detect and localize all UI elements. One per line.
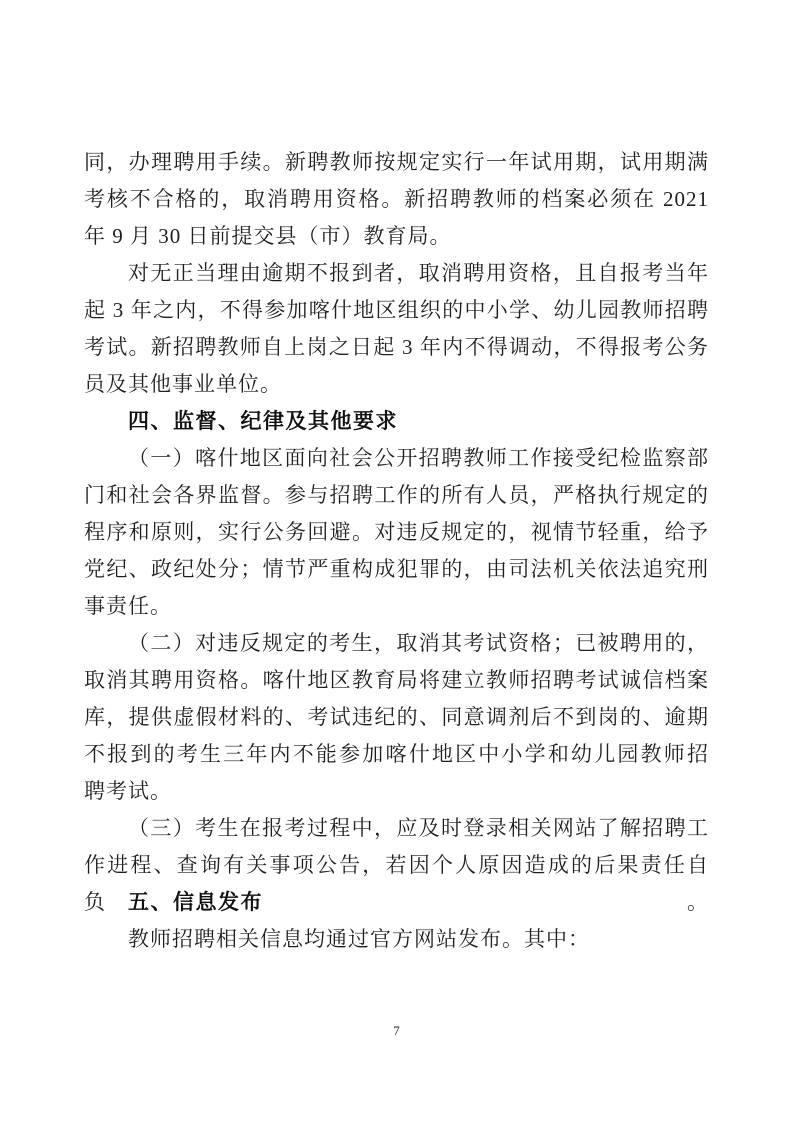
document-line: 对无正当理由逾期不报到者，取消聘用资格，且自报考当年	[84, 255, 709, 292]
document-line: 员及其他事业单位。	[84, 366, 709, 403]
document-body: 同，办理聘用手续。新聘教师按规定实行一年试用期，试用期满考核不合格的，取消聘用资…	[84, 144, 709, 958]
section-heading: 四、监督、纪律及其他要求	[84, 403, 709, 440]
document-line: 事责任。	[84, 588, 709, 625]
page-number: 7	[0, 1021, 793, 1041]
document-line: 库，提供虚假材料的、考试违纪的、同意调剂后不到岗的、逾期	[84, 699, 709, 736]
document-line: 不报到的考生三年内不能参加喀什地区中小学和幼儿园教师招	[84, 736, 709, 773]
document-line: 党纪、政纪处分；情节严重构成犯罪的，由司法机关依法追究刑	[84, 551, 709, 588]
document-line: 考核不合格的，取消聘用资格。新招聘教师的档案必须在 2021	[84, 181, 709, 218]
document-line: 教师招聘相关信息均通过官方网站发布。其中：	[84, 921, 709, 958]
document-line: 门和社会各界监督。参与招聘工作的所有人员，严格执行规定的	[84, 477, 709, 514]
document-line: 取消其聘用资格。喀什地区教育局将建立教师招聘考试诚信档案	[84, 662, 709, 699]
document-line: 程序和原则，实行公务回避。对违反规定的，视情节轻重，给予	[84, 514, 709, 551]
document-line: 考试。新招聘教师自上岗之日起 3 年内不得调动，不得报考公务	[84, 329, 709, 366]
document-line: 年 9 月 30 日前提交县（市）教育局。	[84, 218, 709, 255]
document-line: （三）考生在报考过程中，应及时登录相关网站了解招聘工	[84, 810, 709, 847]
document-page: 同，办理聘用手续。新聘教师按规定实行一年试用期，试用期满考核不合格的，取消聘用资…	[0, 0, 793, 1122]
document-line: 同，办理聘用手续。新聘教师按规定实行一年试用期，试用期满	[84, 144, 709, 181]
document-line: （一）喀什地区面向社会公开招聘教师工作接受纪检监察部	[84, 440, 709, 477]
document-line: 聘考试。	[84, 773, 709, 810]
document-line: 作进程、查询有关事项公告，若因个人原因造成的后果责任自负。	[84, 847, 709, 884]
document-line: 起 3 年之内，不得参加喀什地区组织的中小学、幼儿园教师招聘	[84, 292, 709, 329]
document-line: （二）对违反规定的考生，取消其考试资格；已被聘用的，	[84, 625, 709, 662]
